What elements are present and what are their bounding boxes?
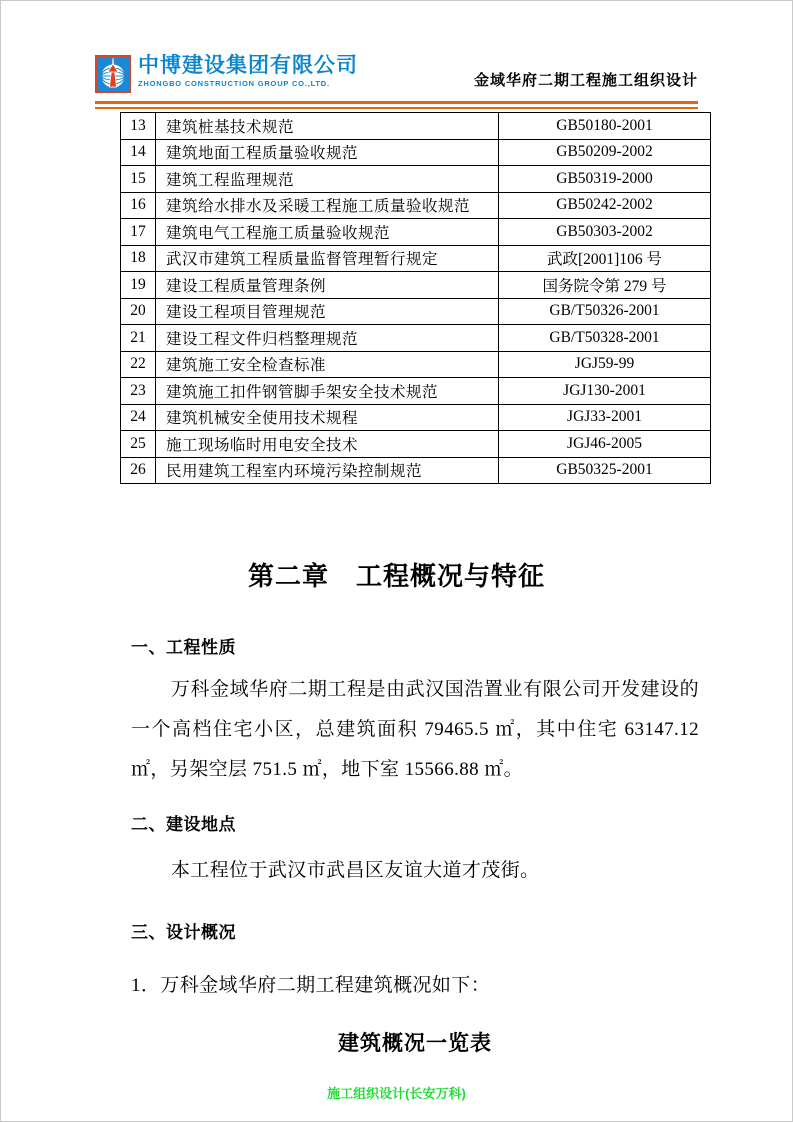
standards-table-row: 15建筑工程监理规范GB50319-2000 xyxy=(121,166,711,193)
cell-name: 建筑给水排水及采暖工程施工质量验收规范 xyxy=(156,192,499,219)
page-header: 中博建设集团有限公司 ZHONGBO CONSTRUCTION GROUP CO… xyxy=(95,0,698,93)
standards-table-row: 26民用建筑工程室内环境污染控制规范GB50325-2001 xyxy=(121,457,711,484)
section-heading-3: 三、设计概况 xyxy=(131,918,699,943)
company-name-block: 中博建设集团有限公司 ZHONGBO CONSTRUCTION GROUP CO… xyxy=(138,55,358,88)
cell-name: 建筑工程监理规范 xyxy=(156,166,499,193)
cell-code: JGJ130-2001 xyxy=(499,378,711,405)
cell-no: 15 xyxy=(121,166,156,193)
standards-table-row: 20建设工程项目管理规范GB/T50326-2001 xyxy=(121,298,711,325)
building-overview-table-title: 建筑概况一览表 xyxy=(131,1027,699,1057)
cell-code: 武政[2001]106 号 xyxy=(499,245,711,272)
document-title: 金域华府二期工程施工组织设计 xyxy=(474,69,698,93)
cell-code: GB/T50326-2001 xyxy=(499,298,711,325)
cell-no: 16 xyxy=(121,192,156,219)
company-name-cn: 中博建设集团有限公司 xyxy=(138,55,358,76)
standards-table-row: 19建设工程质量管理条例国务院令第 279 号 xyxy=(121,272,711,299)
cell-name: 建筑电气工程施工质量验收规范 xyxy=(156,219,499,246)
cell-code: JGJ46-2005 xyxy=(499,431,711,458)
cell-code: GB50303-2002 xyxy=(499,219,711,246)
standards-table-row: 23建筑施工扣件钢管脚手架安全技术规范JGJ130-2001 xyxy=(121,378,711,405)
cell-no: 24 xyxy=(121,404,156,431)
chapter-title: 第二章 工程概况与特征 xyxy=(95,556,698,593)
cell-code: GB/T50328-2001 xyxy=(499,325,711,352)
standards-table-row: 16建筑给水排水及采暖工程施工质量验收规范GB50242-2002 xyxy=(121,192,711,219)
globe-tower-emblem xyxy=(97,57,129,91)
cell-code: GB50319-2000 xyxy=(499,166,711,193)
section-1-paragraph: 万科金域华府二期工程是由武汉国浩置业有限公司开发建设的一个高档住宅小区，总建筑面… xyxy=(131,670,699,790)
section-heading-2: 二、建设地点 xyxy=(131,810,699,835)
section-2-paragraph: 本工程位于武汉市武昌区友谊大道才茂街。 xyxy=(131,855,699,882)
standards-table-row: 24建筑机械安全使用技术规程JGJ33-2001 xyxy=(121,404,711,431)
standards-table-row: 21建设工程文件归档整理规范GB/T50328-2001 xyxy=(121,325,711,352)
cell-name: 民用建筑工程室内环境污染控制规范 xyxy=(156,457,499,484)
standards-table: 13建筑桩基技术规范GB50180-200114建筑地面工程质量验收规范GB50… xyxy=(120,112,711,484)
cell-name: 建筑施工安全检查标准 xyxy=(156,351,499,378)
cell-no: 17 xyxy=(121,219,156,246)
page-footer-text: 施工组织设计(长安万科) xyxy=(95,1083,698,1102)
cell-no: 25 xyxy=(121,431,156,458)
section-heading-1: 一、工程性质 xyxy=(131,633,699,658)
section-3-list-item: 1．万科金域华府二期工程建筑概况如下： xyxy=(131,970,699,997)
cell-code: 国务院令第 279 号 xyxy=(499,272,711,299)
cell-code: GB50325-2001 xyxy=(499,457,711,484)
cell-name: 建设工程项目管理规范 xyxy=(156,298,499,325)
cell-code: JGJ33-2001 xyxy=(499,404,711,431)
cell-no: 26 xyxy=(121,457,156,484)
cell-name: 建筑桩基技术规范 xyxy=(156,113,499,140)
cell-no: 19 xyxy=(121,272,156,299)
chapter-body: 一、工程性质 万科金域华府二期工程是由武汉国浩置业有限公司开发建设的一个高档住宅… xyxy=(131,633,699,1057)
cell-name: 建筑机械安全使用技术规程 xyxy=(156,404,499,431)
cell-name: 建设工程质量管理条例 xyxy=(156,272,499,299)
company-logo-icon xyxy=(95,55,131,93)
cell-no: 23 xyxy=(121,378,156,405)
cell-no: 20 xyxy=(121,298,156,325)
cell-code: JGJ59-99 xyxy=(499,351,711,378)
cell-name: 武汉市建筑工程质量监督管理暂行规定 xyxy=(156,245,499,272)
cell-code: GB50242-2002 xyxy=(499,192,711,219)
cell-name: 施工现场临时用电安全技术 xyxy=(156,431,499,458)
cell-code: GB50209-2002 xyxy=(499,139,711,166)
standards-table-body: 13建筑桩基技术规范GB50180-200114建筑地面工程质量验收规范GB50… xyxy=(121,113,711,484)
standards-table-row: 25施工现场临时用电安全技术JGJ46-2005 xyxy=(121,431,711,458)
cell-no: 22 xyxy=(121,351,156,378)
standards-table-row: 14建筑地面工程质量验收规范GB50209-2002 xyxy=(121,139,711,166)
cell-no: 18 xyxy=(121,245,156,272)
cell-name: 建筑地面工程质量验收规范 xyxy=(156,139,499,166)
company-logo: 中博建设集团有限公司 ZHONGBO CONSTRUCTION GROUP CO… xyxy=(95,55,358,93)
header-divider-rule xyxy=(95,101,698,109)
standards-table-row: 17建筑电气工程施工质量验收规范GB50303-2002 xyxy=(121,219,711,246)
standards-table-row: 13建筑桩基技术规范GB50180-2001 xyxy=(121,113,711,140)
standards-table-row: 22建筑施工安全检查标准JGJ59-99 xyxy=(121,351,711,378)
cell-no: 14 xyxy=(121,139,156,166)
cell-code: GB50180-2001 xyxy=(499,113,711,140)
cell-no: 21 xyxy=(121,325,156,352)
cell-name: 建筑施工扣件钢管脚手架安全技术规范 xyxy=(156,378,499,405)
cell-no: 13 xyxy=(121,113,156,140)
company-name-en: ZHONGBO CONSTRUCTION GROUP CO.,LTD. xyxy=(138,80,358,88)
document-page: 中博建设集团有限公司 ZHONGBO CONSTRUCTION GROUP CO… xyxy=(0,0,793,1122)
standards-table-row: 18武汉市建筑工程质量监督管理暂行规定武政[2001]106 号 xyxy=(121,245,711,272)
cell-name: 建设工程文件归档整理规范 xyxy=(156,325,499,352)
